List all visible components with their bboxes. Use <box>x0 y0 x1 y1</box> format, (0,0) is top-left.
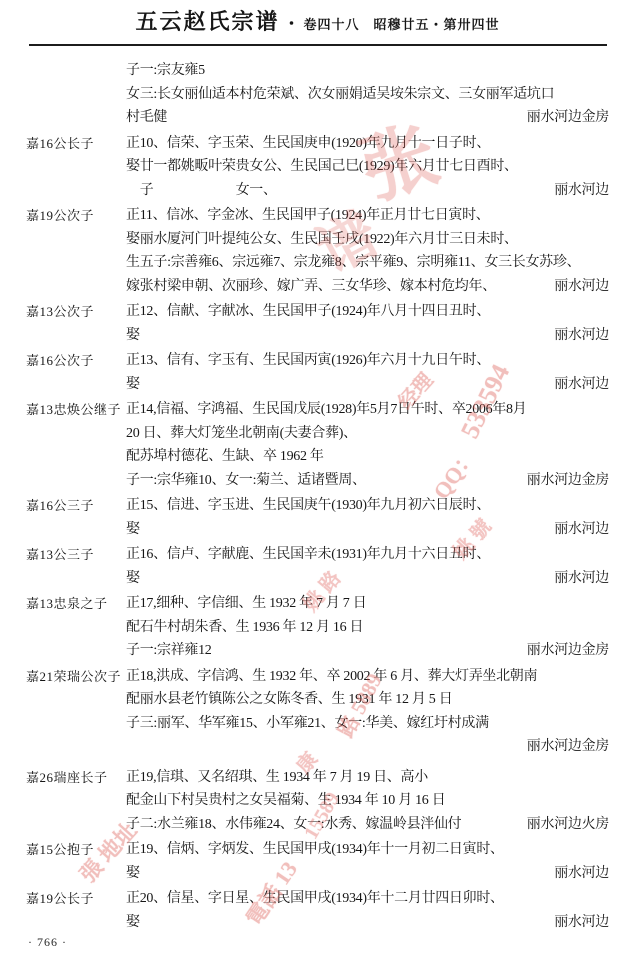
entry-line: 丽水河边金房 <box>126 735 609 759</box>
line-text: 娶丽水厦河门叶提纯公女、生民国壬戌(1922)年六月廿三日未时、 <box>126 228 518 252</box>
line-text: 正19、信炳、字炳发、生民国甲戌(1934)年十一月初二日寅时、 <box>126 838 504 862</box>
entry-lines: 正19,信琪、又名绍琪、生 1934 年 7 月 19 日、高小配金山下村吴贵村… <box>126 766 609 837</box>
entry-line: 正10、信荣、字玉荣、生民国庚申(1920)年九月十一日子时、 <box>126 132 609 156</box>
entry-row: 嘉21荣瑞公次子 正18,洪成、字信鸿、生 1932 年、卒 2002 年 6 … <box>26 665 609 759</box>
entry-row: 嘉13公次子 正12、信献、字献冰、生民国甲子(1924)年八月十四日丑时、娶丽… <box>26 300 609 347</box>
entry-line: 配苏埠村德花、生缺、卒 1962 年 <box>126 445 609 469</box>
entry-line: 子一:宗友雍5 <box>126 59 609 83</box>
entry-line: 子 女一、丽水河边 <box>126 179 609 203</box>
entry-lines: 子一:宗友雍5女三:长女丽仙适本村危荣斌、次女丽娟适吴垵朱宗文、三女丽军适坑口村… <box>126 59 609 130</box>
line-text: 正19,信琪、又名绍琪、生 1934 年 7 月 19 日、高小 <box>126 766 428 790</box>
line-text: 正16、信卢、字献鹿、生民国辛未(1931)年九月十六日丑时、 <box>126 543 490 567</box>
entry-line: 正19,信琪、又名绍琪、生 1934 年 7 月 19 日、高小 <box>126 766 609 790</box>
line-text: 嫁张村梁申朝、次丽珍、嫁广弄、三女华珍、嫁本村危均年、 <box>126 275 496 299</box>
entries-list: 子一:宗友雍5女三:长女丽仙适本村危荣斌、次女丽娟适吴垵朱宗文、三女丽军适坑口村… <box>0 46 635 934</box>
entry-row: 子一:宗友雍5女三:长女丽仙适本村危荣斌、次女丽娟适吴垵朱宗文、三女丽军适坑口村… <box>26 59 609 130</box>
entry-line: 正20、信星、字日星、生民国甲戌(1934)年十二月廿四日卯时、 <box>126 887 609 911</box>
entry-line: 子二:水兰雍18、水伟雍24、女一:水秀、嫁温岭县泮仙付丽水河边火房 <box>126 813 609 837</box>
entry-line: 子一:宗华雍10、女一:菊兰、适诸暨周、丽水河边金房 <box>126 469 609 493</box>
entry-lines: 正17,细种、字信细、生 1932 年 7 月 7 日配石牛村胡朱香、生 193… <box>126 592 609 663</box>
entry-lines: 正14,信福、字鸿福、生民国戊辰(1928)年5月7日午时、卒2006年8月20… <box>126 398 609 492</box>
line-text: 正20、信星、字日星、生民国甲戌(1934)年十二月廿四日卯时、 <box>126 887 504 911</box>
entry-lines: 正13、信有、字玉有、生民国丙寅(1926)年六月十九日午时、娶丽水河边 <box>126 349 609 396</box>
entry-kin-label: 嘉16公次子 <box>26 349 126 396</box>
book-title: 五云赵氏宗谱 <box>135 9 279 34</box>
entry-kin-label: 嘉13忠泉之子 <box>26 592 126 663</box>
volume-subtitle: 卷四十八 昭穆廿五・第卅四世 <box>304 17 500 32</box>
entry-kin-label: 嘉16公长子 <box>26 132 126 203</box>
line-text: 正12、信献、字献冰、生民国甲子(1924)年八月十四日丑时、 <box>126 300 490 324</box>
line-text: 正11、信冰、字金冰、生民国甲子(1924)年正月廿七日寅时、 <box>126 204 490 228</box>
entry-row: 嘉13公三子 正16、信卢、字献鹿、生民国辛未(1931)年九月十六日丑时、娶丽… <box>26 543 609 590</box>
entry-lines: 正19、信炳、字炳发、生民国甲戌(1934)年十一月初二日寅时、娶丽水河边 <box>126 838 609 885</box>
page-number: · 766 · <box>28 935 67 950</box>
line-text: 正13、信有、字玉有、生民国丙寅(1926)年六月十九日午时、 <box>126 349 490 373</box>
entry-line: 娶丽水厦河门叶提纯公女、生民国壬戌(1922)年六月廿三日未时、 <box>126 228 609 252</box>
entry-line: 娶丽水河边 <box>126 518 609 542</box>
entry-row: 嘉19公次子 正11、信冰、字金冰、生民国甲子(1924)年正月廿七日寅时、娶丽… <box>26 204 609 298</box>
line-text: 娶 <box>126 324 140 348</box>
line-text: 正10、信荣、字玉荣、生民国庚申(1920)年九月十一日子时、 <box>126 132 490 156</box>
entry-kin-label: 嘉26瑞座长子 <box>26 766 126 837</box>
entry-lines: 正12、信献、字献冰、生民国甲子(1924)年八月十四日丑时、娶丽水河边 <box>126 300 609 347</box>
residence-label: 丽水河边 <box>554 518 609 542</box>
entry-line: 嫁张村梁申朝、次丽珍、嫁广弄、三女华珍、嫁本村危均年、丽水河边 <box>126 275 609 299</box>
entry-line: 女三:长女丽仙适本村危荣斌、次女丽娟适吴垵朱宗文、三女丽军适坑口 <box>126 83 609 107</box>
entry-kin-label: 嘉16公三子 <box>26 494 126 541</box>
residence-label: 丽水河边火房 <box>527 813 609 837</box>
entry-row: 嘉16公三子 正15、信进、字玉进、生民国庚午(1930)年九月初六日辰时、娶丽… <box>26 494 609 541</box>
entry-line: 娶丽水河边 <box>126 373 609 397</box>
residence-label: 丽水河边金房 <box>527 469 609 493</box>
line-text: 娶 <box>126 567 140 591</box>
entry-line: 20 日、葬大灯笼坐北朝南(夫妻合葬)、 <box>126 422 609 446</box>
entry-line: 娶丽水河边 <box>126 862 609 886</box>
entry-row: 嘉13忠焕公继子 正14,信福、字鸿福、生民国戊辰(1928)年5月7日午时、卒… <box>26 398 609 492</box>
entry-kin-label: 嘉19公次子 <box>26 204 126 298</box>
line-text: 娶廿一都姚畈叶荣贵女公、生民国己巳(1929)年六月廿七日酉时、 <box>126 155 518 179</box>
entry-kin-label: 嘉13公三子 <box>26 543 126 590</box>
entry-line: 正12、信献、字献冰、生民国甲子(1924)年八月十四日丑时、 <box>126 300 609 324</box>
residence-label: 丽水河边 <box>554 179 609 203</box>
entry-row: 嘉15公抱子 正19、信炳、字炳发、生民国甲戌(1934)年十一月初二日寅时、娶… <box>26 838 609 885</box>
entry-line: 正17,细种、字信细、生 1932 年 7 月 7 日 <box>126 592 609 616</box>
entry-line: 娶丽水河边 <box>126 911 609 935</box>
entry-line: 配石牛村胡朱香、生 1936 年 12 月 16 日 <box>126 616 609 640</box>
entry-line: 正14,信福、字鸿福、生民国戊辰(1928)年5月7日午时、卒2006年8月 <box>126 398 609 422</box>
line-text: 村毛健 <box>126 106 167 130</box>
entry-row: 嘉19公长子 正20、信星、字日星、生民国甲戌(1934)年十二月廿四日卯时、娶… <box>26 887 609 934</box>
entry-line: 娶廿一都姚畈叶荣贵女公、生民国己巳(1929)年六月廿七日酉时、 <box>126 155 609 179</box>
residence-label: 丽水河边 <box>554 324 609 348</box>
entry-kin-label: 嘉13忠焕公继子 <box>26 398 126 492</box>
entry-line: 娶丽水河边 <box>126 567 609 591</box>
entry-line: 子三:丽军、华军雍15、小军雍21、女一:华美、嫁红圩村成满 <box>126 712 609 736</box>
residence-label: 丽水河边 <box>554 275 609 299</box>
residence-label: 丽水河边金房 <box>527 735 609 759</box>
residence-label: 丽水河边 <box>554 862 609 886</box>
entry-kin-label: 嘉21荣瑞公次子 <box>26 665 126 759</box>
line-text: 正18,洪成、字信鸿、生 1932 年、卒 2002 年 6 月、葬大灯弄坐北朝… <box>126 665 537 689</box>
line-text: 配金山下村吴贵村之女吴福菊、生 1934 年 10 月 16 日 <box>126 789 445 813</box>
residence-label: 丽水河边 <box>554 567 609 591</box>
residence-label: 丽水河边 <box>554 373 609 397</box>
line-text: 娶 <box>126 911 140 935</box>
line-text: 正14,信福、字鸿福、生民国戊辰(1928)年5月7日午时、卒2006年8月 <box>126 398 526 422</box>
residence-label: 丽水河边金房 <box>527 106 609 130</box>
line-text: 配苏埠村德花、生缺、卒 1962 年 <box>126 445 324 469</box>
entry-lines: 正11、信冰、字金冰、生民国甲子(1924)年正月廿七日寅时、娶丽水厦河门叶提纯… <box>126 204 609 298</box>
line-text: 子一:宗友雍5 <box>126 59 205 83</box>
entry-line: 娶丽水河边 <box>126 324 609 348</box>
entry-row: 嘉13忠泉之子 正17,细种、字信细、生 1932 年 7 月 7 日配石牛村胡… <box>26 592 609 663</box>
entry-kin-label: 嘉19公长子 <box>26 887 126 934</box>
entry-lines: 正16、信卢、字献鹿、生民国辛未(1931)年九月十六日丑时、娶丽水河边 <box>126 543 609 590</box>
line-text: 配石牛村胡朱香、生 1936 年 12 月 16 日 <box>126 616 363 640</box>
line-text: 女三:长女丽仙适本村危荣斌、次女丽娟适吴垵朱宗文、三女丽军适坑口 <box>126 83 554 107</box>
entry-line: 正13、信有、字玉有、生民国丙寅(1926)年六月十九日午时、 <box>126 349 609 373</box>
line-text: 生五子:宗善雍6、宗远雍7、宗龙雍8、宗平雍9、宗明雍11、女三长女苏珍、 <box>126 251 580 275</box>
entry-lines: 正15、信进、字玉进、生民国庚午(1930)年九月初六日辰时、娶丽水河边 <box>126 494 609 541</box>
line-text: 20 日、葬大灯笼坐北朝南(夫妻合葬)、 <box>126 422 357 446</box>
entry-line: 子一:宗祥雍12丽水河边金房 <box>126 639 609 663</box>
residence-label: 丽水河边金房 <box>527 639 609 663</box>
entry-line: 正11、信冰、字金冰、生民国甲子(1924)年正月廿七日寅时、 <box>126 204 609 228</box>
entry-row: 嘉26瑞座长子 正19,信琪、又名绍琪、生 1934 年 7 月 19 日、高小… <box>26 766 609 837</box>
entry-line: 正19、信炳、字炳发、生民国甲戌(1934)年十一月初二日寅时、 <box>126 838 609 862</box>
entry-row: 嘉16公长子 正10、信荣、字玉荣、生民国庚申(1920)年九月十一日子时、娶廿… <box>26 132 609 203</box>
entry-kin-label: 嘉13公次子 <box>26 300 126 347</box>
line-text: 子二:水兰雍18、水伟雍24、女一:水秀、嫁温岭县泮仙付 <box>126 813 461 837</box>
entry-line: 配金山下村吴贵村之女吴福菊、生 1934 年 10 月 16 日 <box>126 789 609 813</box>
entry-lines: 正10、信荣、字玉荣、生民国庚申(1920)年九月十一日子时、娶廿一都姚畈叶荣贵… <box>126 132 609 203</box>
line-text: 娶 <box>126 862 140 886</box>
line-text: 子 女一、 <box>126 179 277 203</box>
entry-lines: 正18,洪成、字信鸿、生 1932 年、卒 2002 年 6 月、葬大灯弄坐北朝… <box>126 665 609 759</box>
line-text: 子一:宗华雍10、女一:菊兰、适诸暨周、 <box>126 469 366 493</box>
page-header: 五云赵氏宗谱 ・ 卷四十八 昭穆廿五・第卅四世 <box>0 0 635 46</box>
entry-line: 正18,洪成、字信鸿、生 1932 年、卒 2002 年 6 月、葬大灯弄坐北朝… <box>126 665 609 689</box>
line-text: 子一:宗祥雍12 <box>126 639 212 663</box>
entry-line: 配丽水县老竹镇陈公之女陈冬香、生 1931 年 12 月 5 日 <box>126 688 609 712</box>
entry-row: 嘉16公次子 正13、信有、字玉有、生民国丙寅(1926)年六月十九日午时、娶丽… <box>26 349 609 396</box>
entry-kin-label: 嘉15公抱子 <box>26 838 126 885</box>
genealogy-page: 五云赵氏宗谱 ・ 卷四十八 昭穆廿五・第卅四世 子一:宗友雍5女三:长女丽仙适本… <box>0 0 635 968</box>
residence-label: 丽水河边 <box>554 911 609 935</box>
entry-line: 村毛健丽水河边金房 <box>126 106 609 130</box>
entry-lines: 正20、信星、字日星、生民国甲戌(1934)年十二月廿四日卯时、娶丽水河边 <box>126 887 609 934</box>
title-separator-dot: ・ <box>283 16 299 33</box>
entry-line: 正16、信卢、字献鹿、生民国辛未(1931)年九月十六日丑时、 <box>126 543 609 567</box>
entry-kin-label <box>26 59 126 130</box>
line-text: 正17,细种、字信细、生 1932 年 7 月 7 日 <box>126 592 366 616</box>
line-text: 正15、信进、字玉进、生民国庚午(1930)年九月初六日辰时、 <box>126 494 490 518</box>
line-text: 配丽水县老竹镇陈公之女陈冬香、生 1931 年 12 月 5 日 <box>126 688 452 712</box>
line-text: 娶 <box>126 373 140 397</box>
line-text: 娶 <box>126 518 140 542</box>
line-text: 子三:丽军、华军雍15、小军雍21、女一:华美、嫁红圩村成满 <box>126 712 489 736</box>
entry-line: 生五子:宗善雍6、宗远雍7、宗龙雍8、宗平雍9、宗明雍11、女三长女苏珍、 <box>126 251 609 275</box>
entry-line: 正15、信进、字玉进、生民国庚午(1930)年九月初六日辰时、 <box>126 494 609 518</box>
title-line: 五云赵氏宗谱 ・ 卷四十八 昭穆廿五・第卅四世 <box>0 8 635 39</box>
